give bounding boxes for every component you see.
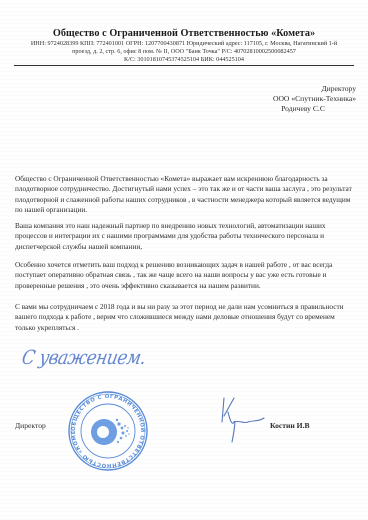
- addressee-organization: ООО «Спутник-Техника»: [230, 94, 356, 104]
- handwritten-greeting: С уважением.: [20, 347, 147, 370]
- body-paragraph: С вами мы сотрудничаем с 2018 года и вы …: [15, 302, 357, 333]
- signer-name: Костин И.В: [270, 421, 310, 430]
- company-stamp-icon: ОБЩЕСТВО С ОГРАНИЧЕННОЙ ОТВЕТСТВЕННОСТЬЮ…: [67, 390, 149, 472]
- company-requisites-line-1: ИНН: 9724028399 КПП: 772401001 ОГРН: 120…: [10, 40, 358, 48]
- signer-position: Директор: [15, 421, 46, 430]
- signature-icon: [218, 392, 268, 447]
- company-name-heading: Общество с Ограниченной Ответственностью…: [0, 28, 368, 39]
- letter-page: Общество с Ограниченной Ответственностью…: [0, 0, 368, 520]
- addressee-block: Директору ООО «Спутник-Техника» Родичеву…: [230, 84, 356, 114]
- body-paragraph: Особенно хочется отметить ваш подход к р…: [15, 260, 357, 291]
- addressee-position: Директору: [230, 84, 356, 94]
- body-paragraph: Ваша компания это наш надежный партнер п…: [15, 221, 357, 252]
- company-requisites-line-2: проезд, д. 2, стр. 6, офис 8 пом. № II, …: [10, 48, 358, 56]
- company-requisites-line-3: К/С: 30101810745374525104 БИК: 044525104: [10, 56, 358, 64]
- addressee-name: Родичеву С.С: [230, 104, 356, 114]
- letterhead-divider: [14, 65, 354, 66]
- body-paragraph: Общество с Ограниченной Ответственностью…: [15, 174, 357, 215]
